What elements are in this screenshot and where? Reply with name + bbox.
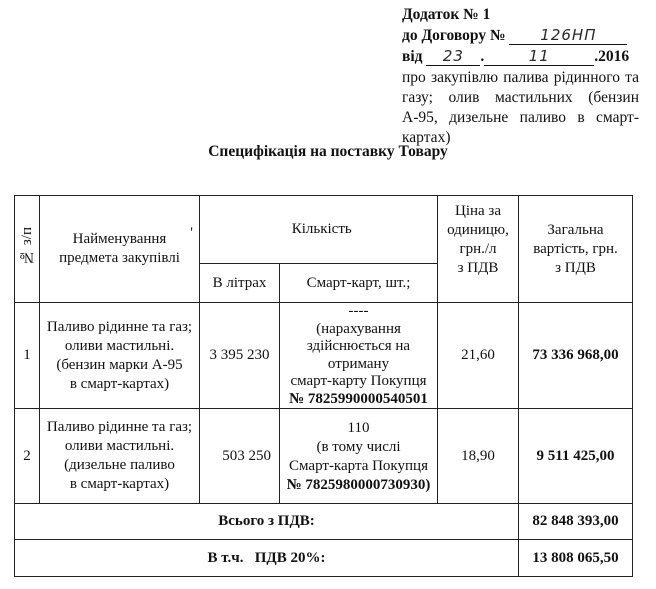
date-year: .2016 xyxy=(594,48,629,65)
date-day: 23 xyxy=(443,47,464,65)
contract-number-field: 126НП xyxy=(509,27,627,45)
total-row: Всього з ПДВ: 82 848 393,00 xyxy=(15,504,633,540)
row-price: 18,90 xyxy=(438,409,519,504)
quantity-mark: ' xyxy=(190,225,193,241)
annex-title: Додаток № 1 xyxy=(402,4,639,25)
date-prefix: від xyxy=(402,48,423,65)
annex-header: Додаток № 1 до Договору № 126НП від 23.1… xyxy=(402,4,639,148)
card-number: № 7825980000730930) xyxy=(282,476,435,495)
header-name: Найменування предмета закупівлі xyxy=(40,196,200,303)
header-quantity: ' Кількість xyxy=(200,196,438,264)
row-liters: 3 395 230 xyxy=(200,303,280,409)
header-unit-price: Ціна за одиницю, грн./л з ПДВ xyxy=(438,196,519,303)
contract-date-line: від 23.11.2016 xyxy=(402,46,639,67)
row-name: Паливо рідинне та газ; оливи мастильні. … xyxy=(40,303,200,409)
contract-number-line: до Договору № 126НП xyxy=(402,25,639,46)
row-cards: ---- (нарахування здійснюється на отрима… xyxy=(280,303,438,409)
date-day-field: 23 xyxy=(426,48,480,66)
document-title: Специфікація на поставку Товару xyxy=(0,143,656,161)
vat-value: 13 808 065,50 xyxy=(519,540,633,577)
vat-label: В т.ч. ПДВ 20%: xyxy=(15,540,519,577)
header-smart-cards: Смарт-карт, шт.; xyxy=(280,264,438,303)
row-number: 1 xyxy=(15,303,40,409)
row-number: 2 xyxy=(15,409,40,504)
table-row: 2 Паливо рідинне та газ; оливи мастильні… xyxy=(15,409,633,504)
quantity-label: Кількість xyxy=(292,221,352,237)
row-price: 21,60 xyxy=(438,303,519,409)
total-value: 82 848 393,00 xyxy=(519,504,633,540)
row-cards: 110 (в тому числі Смарт-карта Покупця № … xyxy=(280,409,438,504)
contract-label: до Договору № xyxy=(402,27,506,44)
table-row: 1 Паливо рідинне та газ; оливи мастильні… xyxy=(15,303,633,409)
header-total: Загальна вартість, грн. з ПДВ xyxy=(519,196,633,303)
total-label: Всього з ПДВ: xyxy=(15,504,519,540)
card-number: № 7825990000540501 xyxy=(282,391,435,409)
header-number: № з/п xyxy=(15,196,40,303)
vat-row: В т.ч. ПДВ 20%: 13 808 065,50 xyxy=(15,540,633,577)
annex-description: про закупівлю палива рідинного та газу; … xyxy=(402,68,639,148)
date-month: 11 xyxy=(529,47,550,65)
header-liters: В літрах xyxy=(200,264,280,303)
date-month-field: 11 xyxy=(484,48,594,66)
contract-number: 126НП xyxy=(540,26,596,44)
row-total: 73 336 968,00 xyxy=(519,303,633,409)
header-row: № з/п Найменування предмета закупівлі ' … xyxy=(15,196,633,264)
row-name: Паливо рідинне та газ; оливи мастильні. … xyxy=(40,409,200,504)
row-total: 9 511 425,00 xyxy=(519,409,633,504)
row-liters: 503 250 xyxy=(200,409,280,504)
specification-table: № з/п Найменування предмета закупівлі ' … xyxy=(14,195,633,577)
